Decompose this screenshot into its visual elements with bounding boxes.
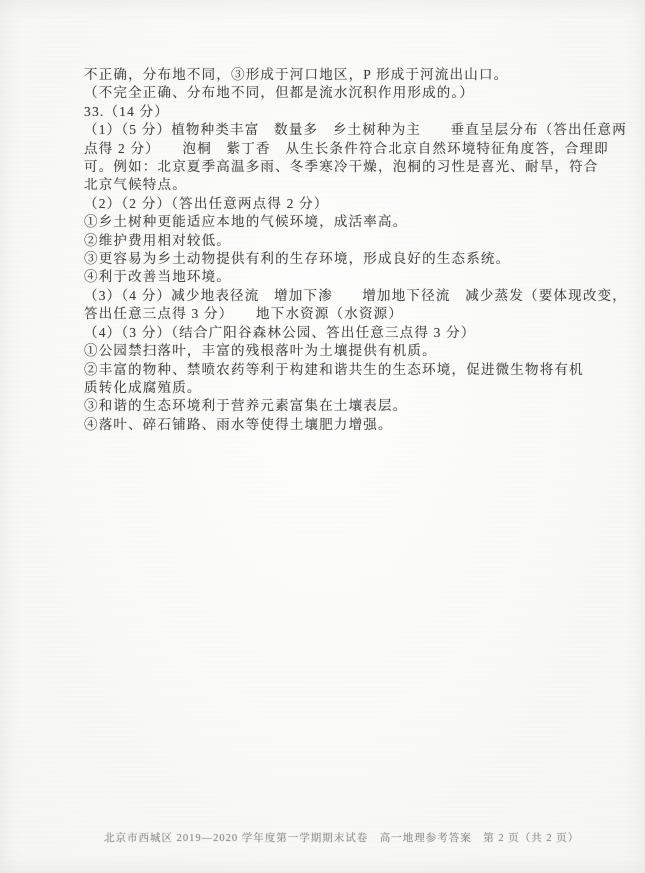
answer-text-block: 不正确，分布地不同，③形成于河口地区，P 形成于河流出山口。 （不完全正确、分布… [84, 66, 589, 434]
part1-line: （1）（5 分）植物种类丰富 数量多 乡土树种为主 垂直呈层分布（答出任意两 [84, 121, 589, 139]
part2-item: ②维护费用相对较低。 [84, 232, 589, 250]
part4-item: ①公园禁扫落叶，丰富的残根落叶为土壤提供有机质。 [84, 342, 589, 360]
part1-line: 可。例如：北京夏季高温多雨、冬季寒冷干燥，泡桐的习性是喜光、耐旱，符合 [84, 158, 589, 176]
part4-item-wrap: 质转化成腐殖质。 [84, 379, 589, 397]
answer32-line: 不正确，分布地不同，③形成于河口地区，P 形成于河流出山口。 [84, 66, 589, 84]
part4-item: ④落叶、碎石铺路、雨水等使得土壤肥力增强。 [84, 416, 589, 434]
part1-line: 点得 2 分） 泡桐 紫丁香 从生长条件符合北京自然环境特征角度答，合理即 [84, 140, 589, 158]
part2-item: ③更容易为乡土动物提供有利的生存环境，形成良好的生态系统。 [84, 250, 589, 268]
part2-item: ①乡土树种更能适应本地的气候环境，成活率高。 [84, 213, 589, 231]
answer32-line: （不完全正确、分布地不同，但都是流水沉积作用形成的。） [84, 84, 589, 102]
scanned-page: 不正确，分布地不同，③形成于河口地区，P 形成于河流出山口。 （不完全正确、分布… [0, 0, 645, 873]
part2-line: （2）（2 分）（答出任意两点得 2 分） [84, 195, 589, 213]
page-footer: 北京市西城区 2019—2020 学年度第一学期期末试卷 高一地理参考答案 第 … [104, 830, 584, 845]
part3-line: （3）（4 分）减少地表径流 增加下渗 增加地下径流 减少蒸发（要体现改变， [84, 287, 589, 305]
part3-line: 答出任意三点得 3 分） 地下水资源（水资源） [84, 305, 589, 323]
part4-item: ③和谐的生态环境利于营养元素富集在土壤表层。 [84, 397, 589, 415]
part1-line: 北京气候特点。 [84, 176, 589, 194]
part2-item: ④利于改善当地环境。 [84, 268, 589, 286]
part4-item: ②丰富的物种、禁喷农药等利于构建和谐共生的生态环境，促进微生物将有机 [84, 361, 589, 379]
part4-line: （4）（3 分）（结合广阳谷森林公园、答出任意三点得 3 分） [84, 324, 589, 342]
question33-heading: 33.（14 分） [84, 103, 589, 121]
